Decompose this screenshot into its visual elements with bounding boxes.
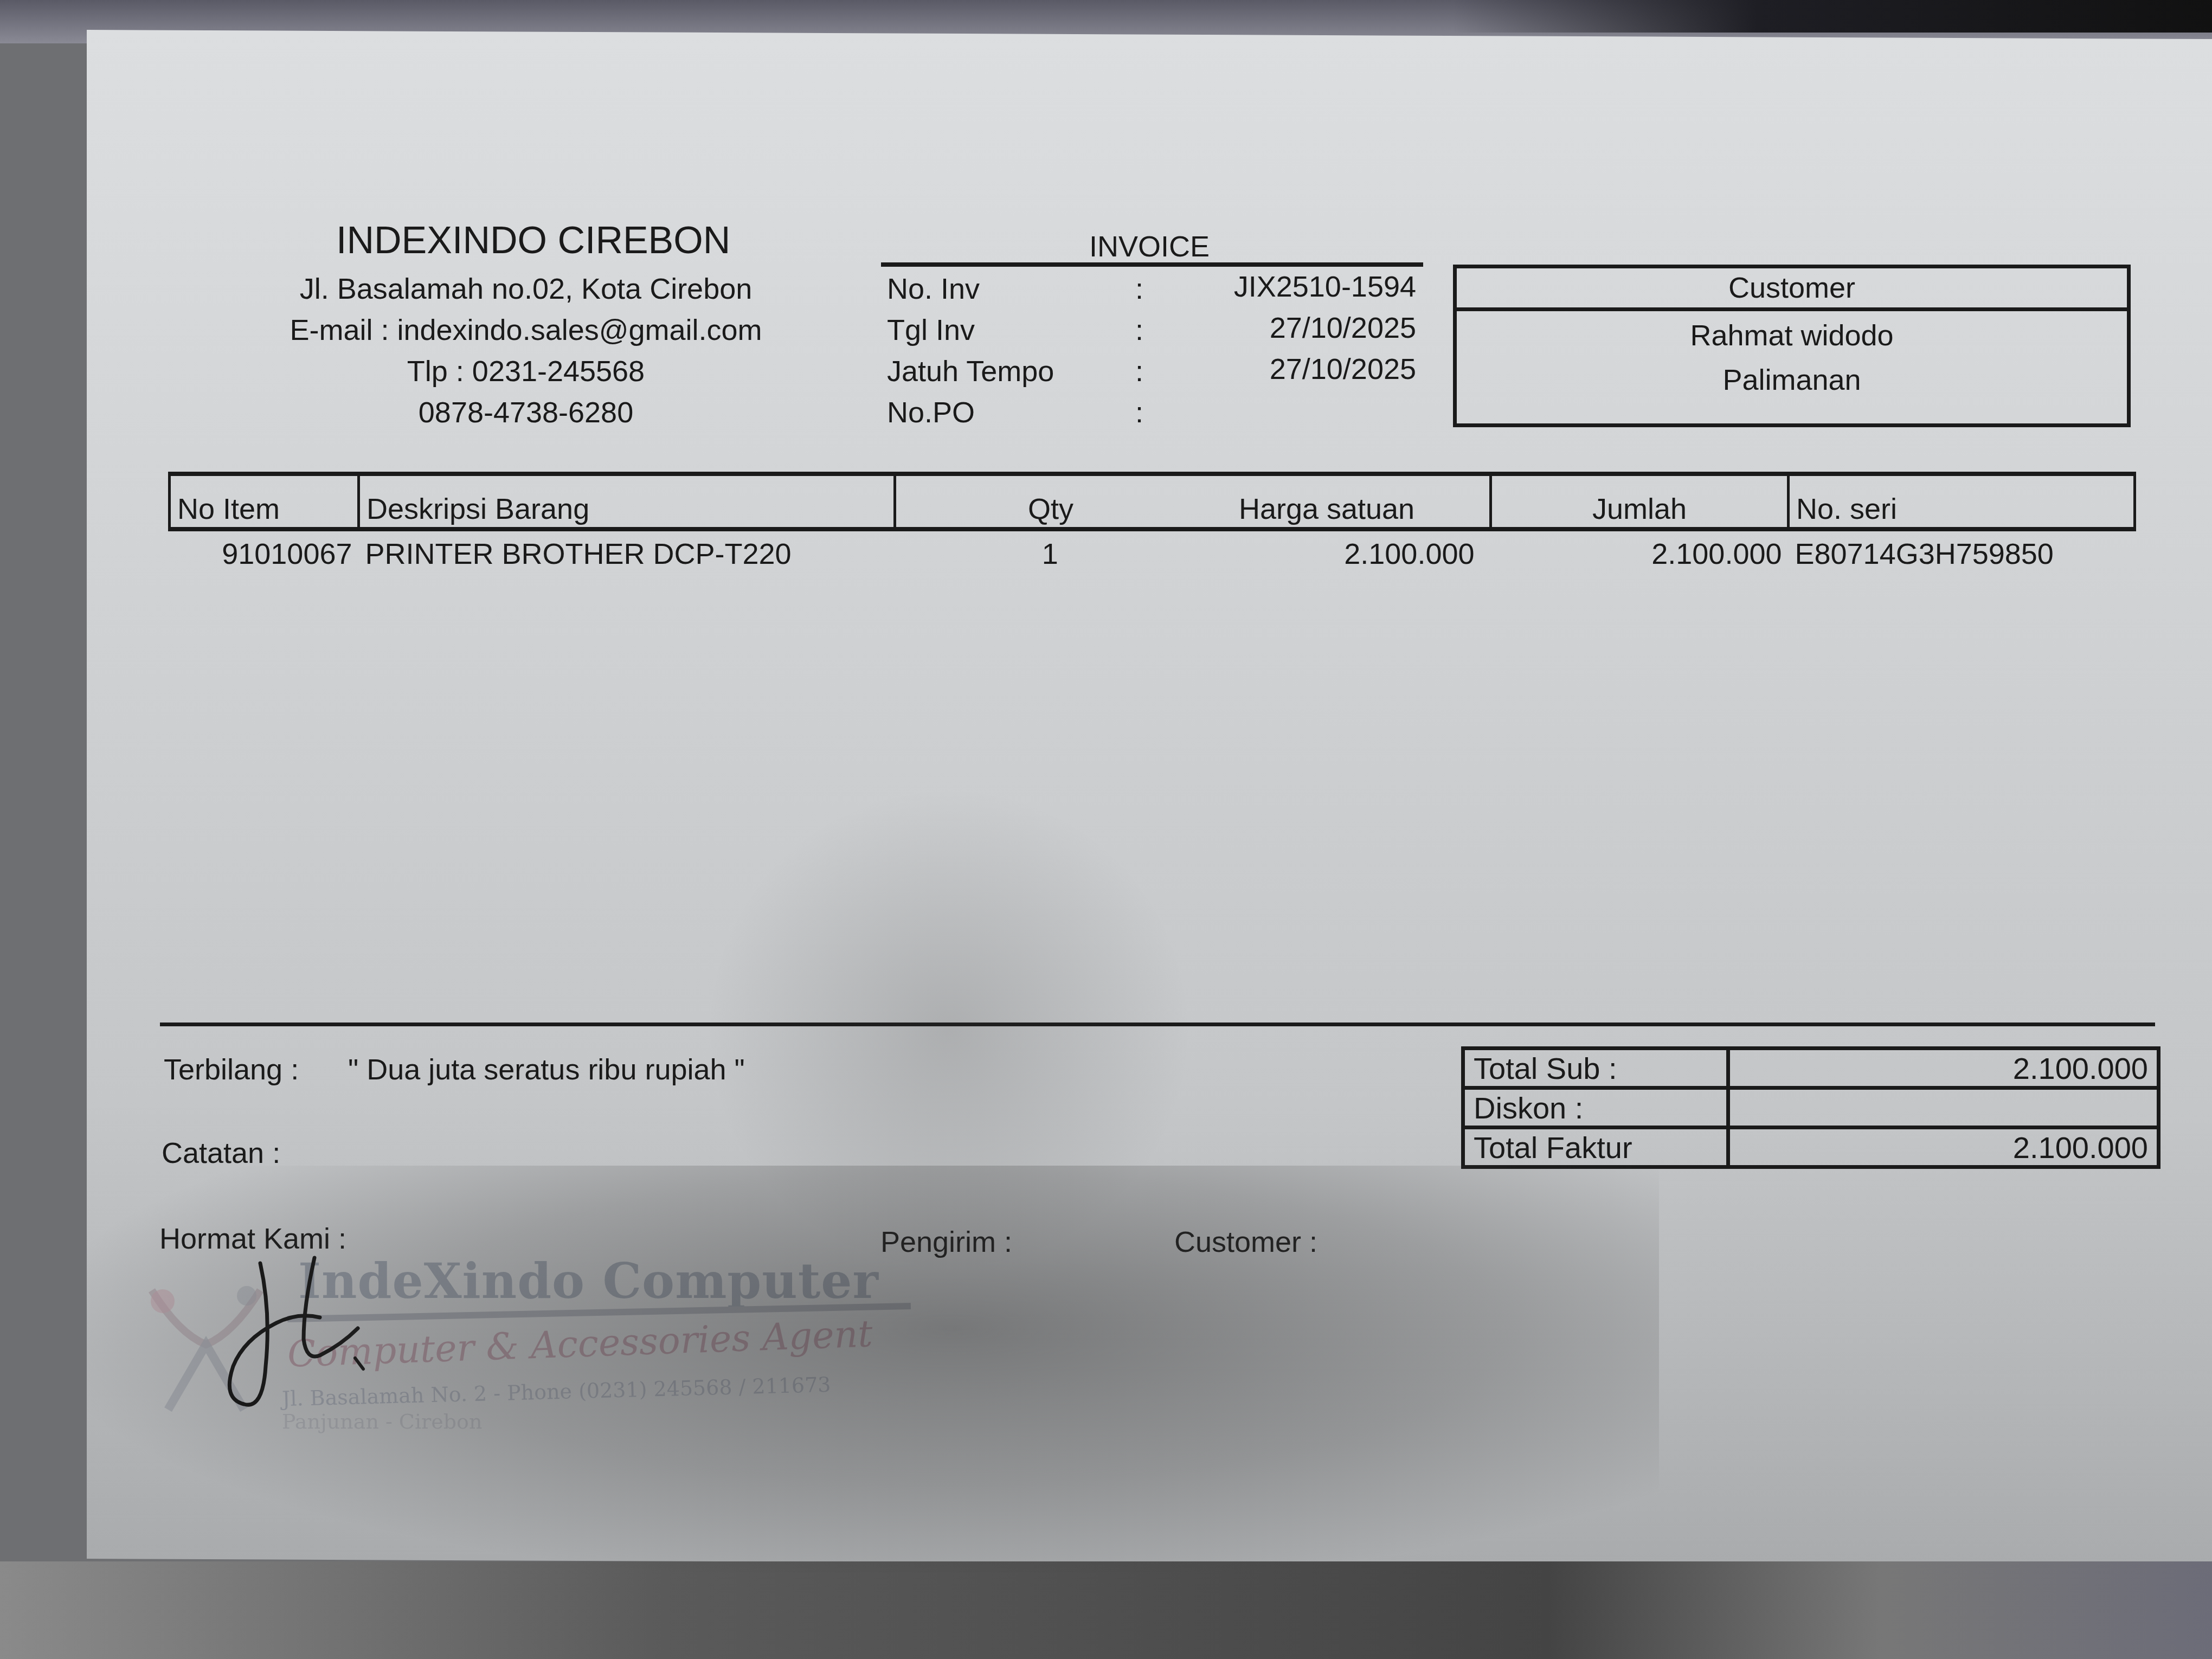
due-date-label: Jatuh Tempo xyxy=(887,357,1054,386)
column-header-unit-price: Harga satuan xyxy=(1179,474,1491,529)
signature-icon xyxy=(211,1247,396,1420)
invoice-title: INVOICE xyxy=(878,232,1420,261)
catatan-label: Catatan : xyxy=(162,1139,280,1168)
totals-row-grand-total: Total Faktur 2.100.000 xyxy=(1463,1128,2159,1167)
column-header-qty: Qty xyxy=(895,474,1180,529)
item-number: 91010067 xyxy=(170,529,359,578)
customer-box-header: Customer xyxy=(1457,268,2127,311)
item-amount: 2.100.000 xyxy=(1491,529,1789,578)
footer-divider xyxy=(160,1023,2155,1026)
discount-label: Diskon : xyxy=(1463,1088,1728,1128)
company-email: E-mail : indexindo.sales@gmail.com xyxy=(271,316,781,345)
background-shadow xyxy=(1453,0,2212,33)
subtotal-label: Total Sub : xyxy=(1463,1049,1728,1088)
customer-box: Customer Rahmat widodo Palimanan xyxy=(1453,265,2131,427)
company-mobile: 0878-4738-6280 xyxy=(271,398,781,427)
customer-location: Palimanan xyxy=(1457,363,2127,397)
table-row: 91010067 PRINTER BROTHER DCP-T220 1 2.10… xyxy=(170,529,2135,578)
background-surface xyxy=(0,1561,2212,1659)
column-header-description: Deskripsi Barang xyxy=(359,474,895,529)
totals-table: Total Sub : 2.100.000 Diskon : Total Fak… xyxy=(1461,1046,2160,1169)
items-table: No Item Deskripsi Barang Qty Harga satua… xyxy=(168,472,2136,578)
company-name: INDEXINDO CIREBON xyxy=(336,221,716,259)
subtotal-value: 2.100.000 xyxy=(1728,1049,2159,1088)
company-phone: Tlp : 0231-245568 xyxy=(271,357,781,386)
customer-name: Rahmat widodo xyxy=(1457,319,2127,352)
grand-total-label: Total Faktur xyxy=(1463,1128,1728,1167)
totals-row-discount: Diskon : xyxy=(1463,1088,2159,1128)
company-address: Jl. Basalamah no.02, Kota Cirebon xyxy=(271,274,781,304)
po-number-label: No.PO xyxy=(887,398,975,427)
invoice-title-rule xyxy=(881,262,1423,267)
item-serial: E80714G3H759850 xyxy=(1789,529,2135,578)
pengirim-label: Pengirim : xyxy=(880,1227,1012,1257)
item-unit-price: 2.100.000 xyxy=(1179,529,1491,578)
invoice-date-colon: : xyxy=(1135,316,1143,345)
items-table-header: No Item Deskripsi Barang Qty Harga satua… xyxy=(170,474,2135,529)
customer-signature-label: Customer : xyxy=(1174,1227,1317,1257)
po-number-colon: : xyxy=(1135,398,1143,427)
terbilang-value: " Dua juta seratus ribu rupiah " xyxy=(348,1055,745,1084)
invoice-number-colon: : xyxy=(1135,274,1143,304)
item-qty: 1 xyxy=(895,529,1180,578)
grand-total-value: 2.100.000 xyxy=(1728,1128,2159,1167)
invoice-number-label: No. Inv xyxy=(887,274,980,304)
due-date-value: 27/10/2025 xyxy=(1193,355,1416,384)
invoice-number-value: JIX2510-1594 xyxy=(1193,272,1416,301)
invoice-date-label: Tgl Inv xyxy=(887,316,975,345)
column-header-amount: Jumlah xyxy=(1491,474,1789,529)
terbilang-label: Terbilang : xyxy=(164,1055,299,1084)
discount-value xyxy=(1728,1088,2159,1128)
item-description: PRINTER BROTHER DCP-T220 xyxy=(359,529,895,578)
column-header-serial: No. seri xyxy=(1789,474,2135,529)
invoice-date-value: 27/10/2025 xyxy=(1193,313,1416,343)
column-header-no-item: No Item xyxy=(170,474,359,529)
due-date-colon: : xyxy=(1135,357,1143,386)
totals-row-subtotal: Total Sub : 2.100.000 xyxy=(1463,1049,2159,1088)
